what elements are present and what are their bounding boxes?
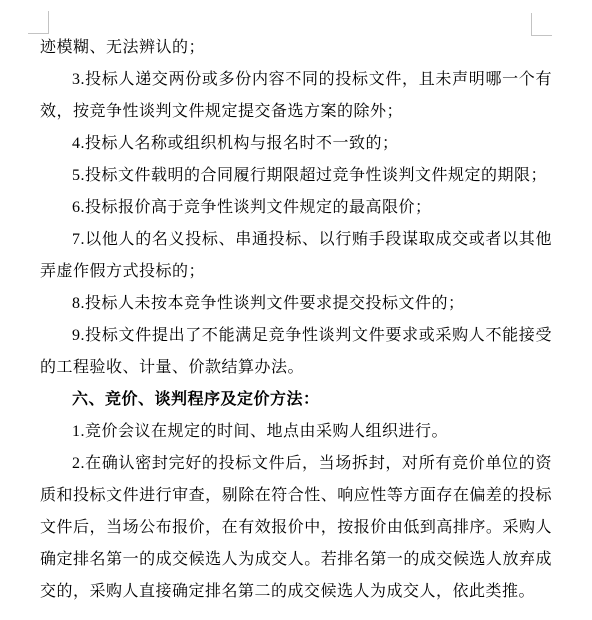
list-item-3: 3.投标人递交两份或多份内容不同的投标文件，且未声明哪一个有效，按竞争性谈判文件… bbox=[40, 64, 552, 128]
list-item-9: 9.投标文件提出了不能满足竞争性谈判文件要求或采购人不能接受的工程验收、计量、价… bbox=[40, 320, 552, 384]
list-item-6: 6.投标报价高于竞争性谈判文件规定的最高限价； bbox=[40, 192, 552, 224]
document-page: 迹模糊、无法辨认的； 3.投标人递交两份或多份内容不同的投标文件，且未声明哪一个… bbox=[0, 0, 592, 620]
margin-crop-mark-top-left bbox=[28, 11, 49, 34]
list-item-4: 4.投标人名称或组织机构与报名时不一致的； bbox=[40, 128, 552, 160]
list-item-8: 8.投标人未按本竞争性谈判文件要求提交投标文件的； bbox=[40, 288, 552, 320]
list-item-5: 5.投标文件载明的合同履行期限超过竞争性谈判文件规定的期限； bbox=[40, 160, 552, 192]
list-item-7: 7.以他人的名义投标、串通投标、以行贿手段谋取成交或者以其他弄虚作假方式投标的； bbox=[40, 224, 552, 288]
list-item-1: 1.竞价会议在规定的时间、地点由采购人组织进行。 bbox=[40, 416, 552, 448]
document-body: 迹模糊、无法辨认的； 3.投标人递交两份或多份内容不同的投标文件，且未声明哪一个… bbox=[40, 32, 552, 608]
paragraph-continuation: 迹模糊、无法辨认的； bbox=[40, 32, 552, 64]
list-item-2: 2.在确认密封完好的投标文件后，当场拆封，对所有竞价单位的资质和投标文件进行审查… bbox=[40, 448, 552, 608]
section-heading-six: 六、竞价、谈判程序及定价方法： bbox=[40, 384, 552, 416]
